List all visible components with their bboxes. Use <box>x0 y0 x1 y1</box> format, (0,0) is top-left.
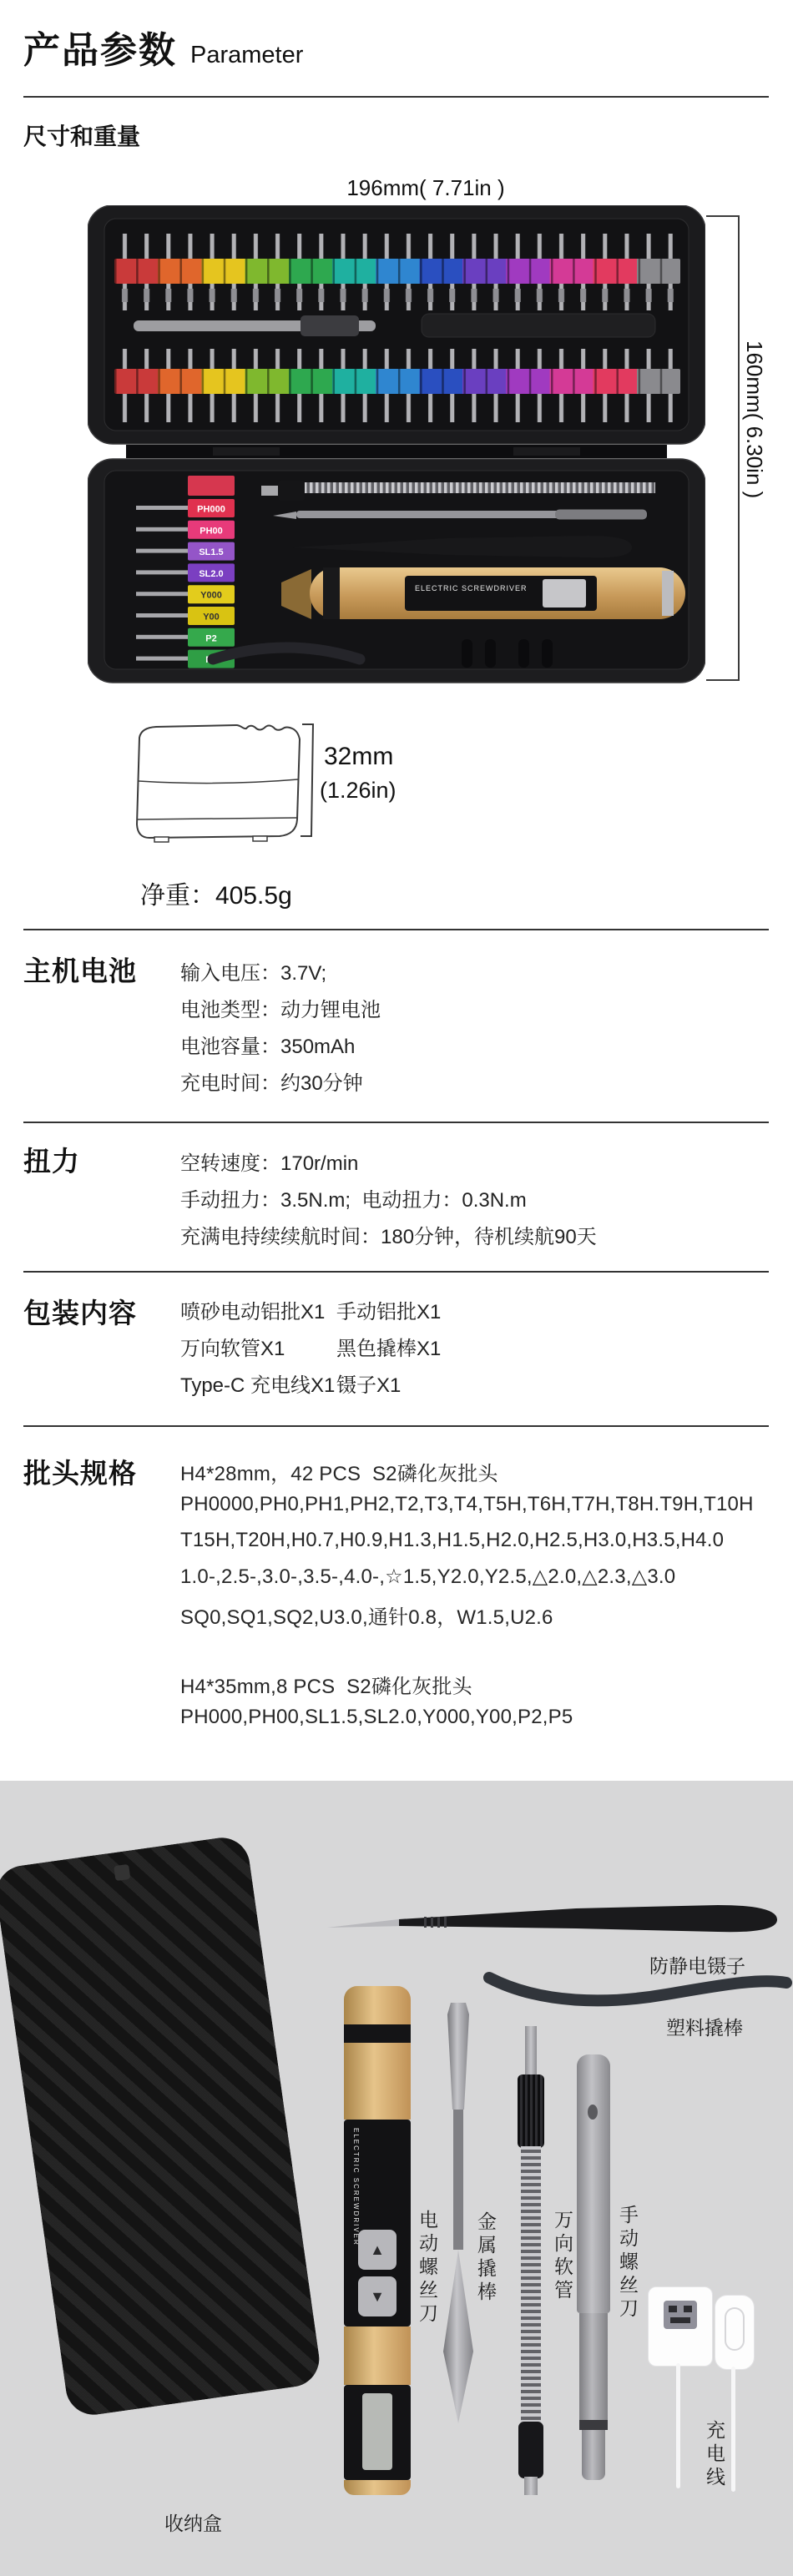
screwdriver-cap <box>344 1986 411 2024</box>
thickness-dimension-label: 32mm <box>324 743 393 771</box>
spec-row: 充电时间：约30分钟 <box>180 1066 363 1096</box>
height-dimension-line <box>738 215 740 681</box>
toolbox-base: PH000 PH00 SL1.5 SL2.0 Y000 Y00 P2 P5 <box>88 459 705 683</box>
section-divider <box>23 1122 769 1123</box>
screwdriver-display <box>344 2385 411 2480</box>
flex-shaft-photo <box>511 2026 551 2495</box>
brand-text: ELECTRIC SCREWDRIVER <box>352 2128 360 2246</box>
brand-text: ELECTRIC SCREWDRIVER <box>415 584 528 592</box>
bit-spec-line: SQ0,SQ1,SQ2,U3.0,通针0.8，W1.5,U2.6 <box>180 1601 553 1630</box>
usb-cable <box>731 2367 735 2492</box>
spec-row: Type-C 充电线X1 <box>180 1369 335 1398</box>
header-divider <box>23 96 769 98</box>
spec-row: 充满电持续续航时间：180分钟，待机续航90天 <box>180 1220 597 1249</box>
spec-row: 万向软管X1 <box>180 1332 285 1361</box>
case-foot <box>253 836 267 841</box>
storage-box-photo <box>0 1834 323 2418</box>
net-weight-label: 净重：405.5g <box>140 875 292 911</box>
bit-label: PH00 <box>200 526 223 536</box>
flex-shaft-spring <box>521 2146 541 2423</box>
flex-shaft-spring <box>305 482 655 493</box>
case-side-view-drawing <box>119 721 328 848</box>
spec-row: 喷砂电动铝批X1 <box>180 1295 325 1324</box>
flex-shaft-knob <box>518 2074 544 2148</box>
page-title-zh: 产品参数 <box>23 20 177 73</box>
screwdriver-ring <box>344 2024 411 2043</box>
flex-shaft-label: 万向软管 <box>549 2210 577 2303</box>
reverse-button-icon: ▼ <box>358 2276 396 2316</box>
spec-card <box>188 476 235 496</box>
usb-a-connector <box>648 2286 713 2367</box>
height-dimension-tick-top <box>706 215 740 217</box>
bit-spec-line: H4*28mm，42 PCS S2磷化灰批头 <box>180 1457 498 1486</box>
section-divider <box>23 1271 769 1273</box>
spec-row: 黑色撬棒X1 <box>336 1332 441 1361</box>
flex-shaft-grip <box>518 2422 543 2478</box>
case-foot <box>154 837 169 842</box>
page-title-en: Parameter <box>190 42 303 69</box>
brand-logo <box>114 1864 130 1881</box>
bit-spec-line: PH0000,PH0,PH1,PH2,T2,T3,T4,T5H,T6H,T7H,… <box>180 1493 754 1516</box>
brand-logo <box>588 2105 598 2120</box>
bit-label: SL1.5 <box>199 547 223 557</box>
plastic-pry-photo <box>482 1963 793 2009</box>
usb-cable <box>676 2363 680 2488</box>
manual-screwdriver-label: 手动螺丝刀 <box>614 2205 642 2321</box>
section-title-package: 包装内容 <box>23 1292 137 1331</box>
height-dimension-label: 160mm( 6.30in ) <box>741 340 767 498</box>
electric-screwdriver-photo: ELECTRIC SCREWDRIVER ▲ ▼ <box>344 1986 411 2495</box>
section-title-torque: 扭力 <box>23 1140 80 1179</box>
spec-row: 电池容量：350mAh <box>180 1030 355 1059</box>
forward-button-icon: ▲ <box>358 2230 396 2270</box>
product-parameter-page: 产品参数 Parameter 尺寸和重量 196mm( 7.71in ) <box>0 0 793 2576</box>
charging-cable-label: 充电线 <box>701 2420 729 2490</box>
section-title-battery: 主机电池 <box>23 950 137 989</box>
plastic-pry-label: 塑料撬棒 <box>666 2013 743 2040</box>
accessories-gallery: 收纳盒 防静电镊子 塑料撬棒 ELECTRIC SCREWDRIVER ▲ ▼ <box>0 1781 793 2576</box>
electric-screwdriver-label: 电动螺丝刀 <box>414 2210 442 2326</box>
flex-shaft-bit <box>525 2026 537 2078</box>
thickness-dimension-sublabel: (1.26in) <box>320 778 396 804</box>
bit-label: PH000 <box>197 505 225 515</box>
bit-spec-line: H4*35mm,8 PCS S2磷化灰批头 <box>180 1670 472 1699</box>
bit-label: SL2.0 <box>199 569 223 579</box>
usb-c-connector <box>715 2295 755 2370</box>
metal-pry-label: 金属撬棒 <box>472 2211 500 2305</box>
section-divider <box>23 929 769 930</box>
section-title-size: 尺寸和重量 <box>23 118 140 152</box>
tweezers-photo <box>326 1894 783 1954</box>
usb-a-port-face <box>664 2301 697 2329</box>
bit-spec-line: 1.0-,2.5-,3.0-,3.5-,4.0-,☆1.5,Y2.0,Y2.5,… <box>180 1565 675 1589</box>
flex-shaft-shank <box>261 486 280 496</box>
screwdriver-control-panel: ELECTRIC SCREWDRIVER ▲ ▼ <box>344 2120 411 2326</box>
flex-shaft-end <box>524 2477 538 2495</box>
section-divider <box>23 1425 769 1427</box>
height-dimension-tick-bottom <box>706 679 740 681</box>
width-dimension-label: 196mm( 7.71in ) <box>301 175 551 201</box>
spec-row: 电池类型：动力锂电池 <box>180 993 381 1022</box>
bit-label: P2 <box>205 633 216 643</box>
thickness-dimension-bracket <box>301 724 313 836</box>
electric-screwdriver-in-case: ELECTRIC SCREWDRIVER <box>281 567 685 619</box>
bit-spec-line: T15H,T20H,H0.7,H0.9,H1.3,H1.5,H2.0,H2.5,… <box>180 1529 724 1552</box>
spec-row: 空转速度：170r/min <box>180 1147 358 1176</box>
lcd-screen <box>362 2393 392 2470</box>
knurled-ring <box>579 2420 608 2430</box>
section-title-bits: 批头规格 <box>23 1452 137 1491</box>
spec-row: 输入电压：3.7V; <box>180 956 326 986</box>
bit-label: Y00 <box>203 612 220 623</box>
toolbox-hinge <box>126 445 667 458</box>
spec-row: 手动扭力：3.5N.m; 电动扭力：0.3N.m <box>180 1183 527 1212</box>
manual-screwdriver-photo <box>574 2054 613 2490</box>
bit-spec-line: PH000,PH00,SL1.5,SL2.0,Y000,Y00,P2,P5 <box>180 1706 573 1729</box>
storage-box-label: 收纳盒 <box>164 2508 222 2536</box>
toolbox-open-photo: PH000 PH00 SL1.5 SL2.0 Y000 Y00 P2 P5 <box>88 205 705 685</box>
bit-label: Y000 <box>200 591 222 601</box>
spec-row: 镊子X1 <box>336 1369 401 1398</box>
flex-shaft-knob <box>278 481 305 501</box>
spec-row: 手动铝批X1 <box>336 1295 441 1324</box>
page-title: 产品参数 Parameter <box>23 20 303 73</box>
toolbox-lid <box>88 205 705 444</box>
